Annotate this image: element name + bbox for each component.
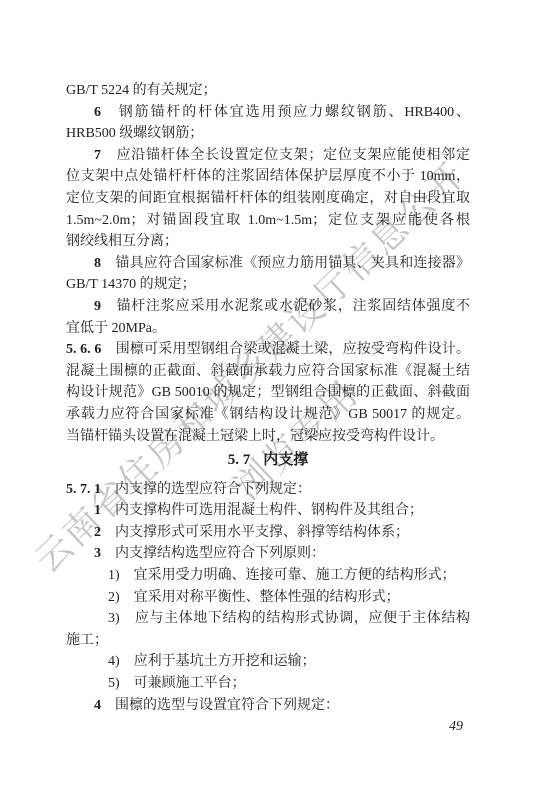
clause-number: 5. 7. 1 [66,482,101,497]
text-line: 位支架中点处锚杆杆体的注浆固结体保护层厚度不小于 10mm， [66,166,470,188]
clause-number: 2 [94,525,101,540]
clause-number: 6 [94,105,101,120]
body-text-upper: GB/T 5224 的有关规定；6 钢筋锚杆的杆体宜选用预应力螺纹钢筋、HRB4… [0,0,536,447]
text-line: GB/T 5224 的有关规定； [66,80,470,102]
text-line: 9 锚杆注浆应采用水泥浆或水泥砂浆，注浆固结体强度不 [66,296,470,318]
text-line: 2 内支撑形式可采用水平支撑、斜撑等结构体系； [66,522,470,544]
text-line: 定位支架的间距宜根据锚杆杆体的组装刚度确定，对自由段宜取 [66,188,470,210]
text-line: 宜低于 20MPa。 [66,318,470,340]
clause-number: 4 [94,698,101,713]
text-line: GB/T 14370 的规定； [66,274,470,296]
text-line: HRB500 级螺纹钢筋； [66,123,470,145]
text-line: 施工； [66,630,470,652]
text-line: 承载力应符合国家标准《钢结构设计规范》GB 50017 的规定。 [66,404,470,426]
text-line: 1) 宜采用受力明确、连接可靠、施工方便的结构形式； [66,565,470,587]
text-line: 4) 应利于基坑土方开挖和运输； [66,651,470,673]
section-heading: 5. 7内支撑 [66,450,470,472]
text-line: 钢绞线相互分离； [66,231,470,253]
text-line: 1 内支撑构件可选用混凝土构件、钢构件及其组合； [66,500,470,522]
clause-number: 1 [94,503,101,518]
clause-number: 9 [94,299,101,314]
text-line: 6 钢筋锚杆的杆体宜选用预应力螺纹钢筋、HRB400、 [66,102,470,124]
text-line: 4 围檩的选型与设置宜符合下列规定： [66,695,470,717]
section-heading-title: 内支撑 [263,452,308,468]
body-text-lower: 5. 7. 1 内支撑的选型应符合下列规定：1 内支撑构件可选用混凝土构件、钢构… [0,479,536,717]
page-number: 49 [66,716,470,738]
clause-number: 5. 6. 6 [66,342,101,357]
document-page: 云南省住房和城乡建设厅信息公开 浏览专用 GB/T 5224 的有关规定；6 钢… [0,0,536,793]
clause-number: 7 [94,148,101,163]
text-line: 1.5m~2.0m；对锚固段宜取 1.0m~1.5m；定位支架应能使各根 [66,210,470,232]
text-line: 当锚杆锚头设置在混凝土冠梁上时，冠梁应按受弯构件设计。 [66,426,470,448]
text-line: 3 内支撑结构选型应符合下列原则： [66,543,470,565]
text-line: 5. 6. 6 围檩可采用型钢组合梁或混凝土梁，应按受弯构件设计。 [66,339,470,361]
text-line: 构设计规范》GB 50010 的规定；型钢组合围檩的正截面、斜截面 [66,382,470,404]
clause-number: 3 [94,546,101,561]
text-line: 3) 应与主体地下结构的结构形式协调，应便于主体结构 [66,608,470,630]
text-line: 2) 宜采用对称平衡性、整体性强的结构形式； [66,587,470,609]
text-line: 5) 可兼顾施工平台； [66,673,470,695]
text-line: 7 应沿锚杆体全长设置定位支架；定位支架应能使相邻定 [66,145,470,167]
section-heading-number: 5. 7 [228,452,251,468]
text-line: 5. 7. 1 内支撑的选型应符合下列规定： [66,479,470,501]
text-line: 混凝土围檩的正截面、斜截面承载力应符合国家标准《混凝土结 [66,361,470,383]
text-line: 8 锚具应符合国家标准《预应力筋用锚具、夹具和连接器》 [66,253,470,275]
clause-number: 8 [94,256,101,271]
